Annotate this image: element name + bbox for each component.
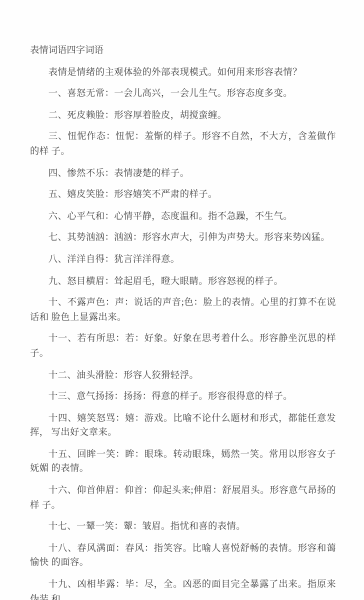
document-page: 表情词语四字词语 表情是情绪的主观体验的外部表现模式。如何用来形容表情？ 一、喜… [0,0,364,600]
entry-paragraph-5: 五、嬉皮笑脸：形容嬉笑不严肃的样子。 [30,187,336,202]
entry-paragraph-10: 十、不露声色：声：说话的声音;色：脸上的表情。心里的打算不在说话和 脸色上显露出… [30,295,336,324]
entry-paragraph-7: 七、其势汹汹：汹汹：形容水声大，引伸为声势大。形容来势凶猛。 [30,230,336,245]
entry-paragraph-2: 二、死皮赖脸：形容厚着脸皮，胡搅蛮缠。 [30,108,336,123]
entry-paragraph-9: 九、怒目横眉：耸起眉毛，瞪大眼睛。形容怒视的样子。 [30,274,336,289]
entry-paragraph-13: 十三、意气扬扬：扬扬：得意的样子。形容很得意的样子。 [30,389,336,404]
entry-paragraph-3: 三、忸怩作态：忸怩：羞惭的样子。形容不自然，不大方，含羞做作的样 子。 [30,129,336,158]
entry-paragraph-14: 十四、嬉笑怒骂：嬉：游戏。比喻不论什么题材和形式，都能任意发挥， 写出好文章来。 [30,411,336,440]
intro-paragraph: 表情是情绪的主观体验的外部表现模式。如何用来形容表情？ [30,65,336,80]
entry-paragraph-15: 十五、回眸一笑：眸：眼珠。转动眼珠，嫣然一笑。常用以形容女子妩媚 的表情。 [30,447,336,476]
entry-paragraph-17: 十七、一颦一笑：颦：皱眉。指忧和喜的表情。 [30,519,336,534]
entry-paragraph-12: 十二、油头滑脸：形容人狡猾轻浮。 [30,368,336,383]
entry-paragraph-16: 十六、仰首伸眉：仰首：仰起头来;伸眉：舒展眉头。形容意气昂扬的样 子。 [30,483,336,512]
entry-paragraph-19: 十九、凶相毕露：毕：尽，全。凶恶的面目完全暴露了出来。指原来伪装 和 [30,577,336,600]
entry-paragraph-4: 四、惨然不乐：表情凄楚的样子。 [30,166,336,181]
entry-paragraph-1: 一、喜怒无常：一会儿高兴，一会儿生气。形容态度多变。 [30,86,336,101]
entry-paragraph-18: 十八、春风满面：春风：指笑容。比喻人喜悦舒畅的表情。形容和蔼愉快 的面容。 [30,541,336,570]
document-title: 表情词语四字词语 [30,43,336,58]
entry-paragraph-6: 六、心平气和：心情平静，态度温和。指不急躁，不生气。 [30,209,336,224]
entry-paragraph-11: 十一、若有所思：若：好象。好象在思考着什么。形容静坐沉思的样子。 [30,331,336,360]
entry-paragraph-8: 八、洋洋自得：犹言洋洋得意。 [30,252,336,267]
